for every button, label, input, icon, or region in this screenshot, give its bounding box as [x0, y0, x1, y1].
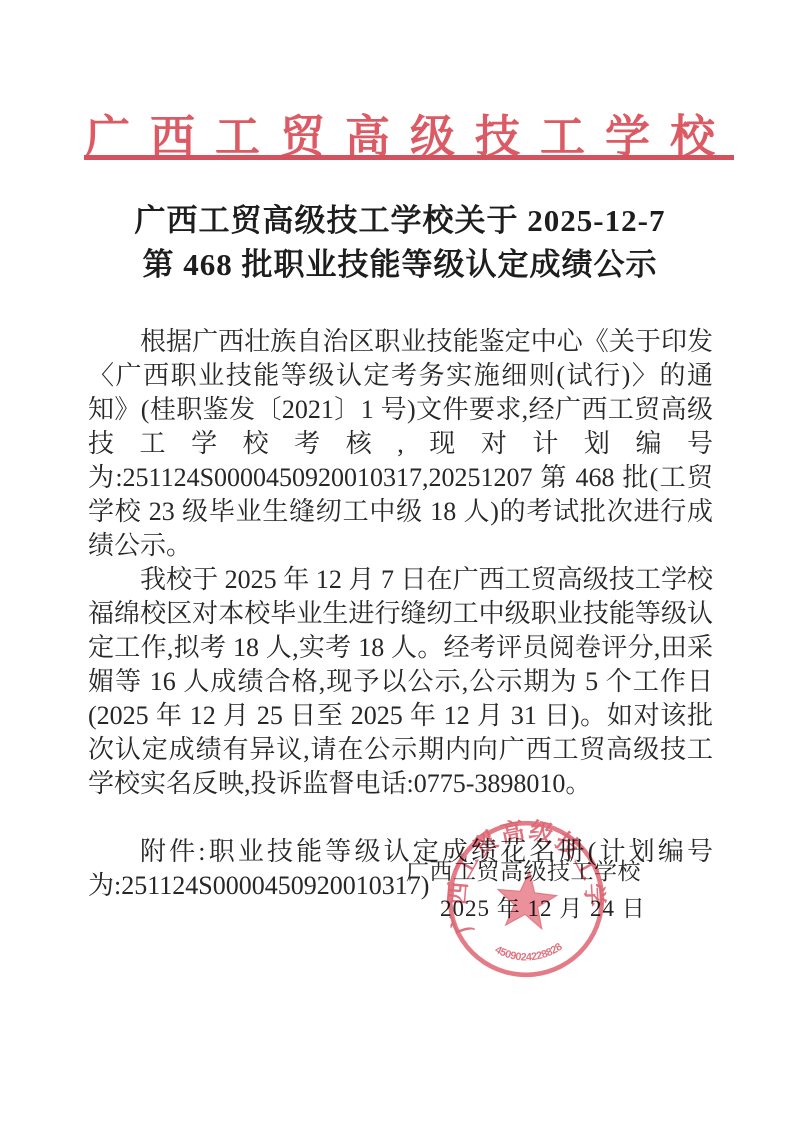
seal-serial-number: 4509024228828	[492, 937, 567, 967]
notice-body: 根据广西壮族自治区职业技能鉴定中心《关于印发〈广西职业技能等级认定考务实施细则(…	[88, 325, 713, 903]
seal-ring-text: 广西工贸高级技工学校	[436, 809, 611, 940]
body-paragraph-results: 我校于 2025 年 12 月 7 日在广西工贸高级技工学校福绵校区对本校毕业生…	[88, 563, 713, 801]
svg-text:广西工贸高级技工学校: 广西工贸高级技工学校	[436, 809, 611, 940]
seal-star-icon	[495, 868, 559, 929]
notice-title-line1: 广西工贸高级技工学校关于 2025-12-7	[0, 199, 800, 243]
scanned-notice-page: 广西工贸高级技工学校 广西工贸高级技工学校关于 2025-12-7 第 468 …	[0, 0, 800, 1132]
body-paragraph-basis: 根据广西壮族自治区职业技能鉴定中心《关于印发〈广西职业技能等级认定考务实施细则(…	[88, 325, 713, 563]
svg-text:4509024228828: 4509024228828	[492, 937, 567, 967]
masthead-divider-rule	[84, 155, 734, 160]
official-seal-stamp: 广西工贸高级技工学校 4509024228828	[436, 809, 616, 989]
notice-title-line2: 第 468 批职业技能等级认定成绩公示	[0, 243, 800, 287]
notice-title: 广西工贸高级技工学校关于 2025-12-7 第 468 批职业技能等级认定成绩…	[0, 199, 800, 287]
